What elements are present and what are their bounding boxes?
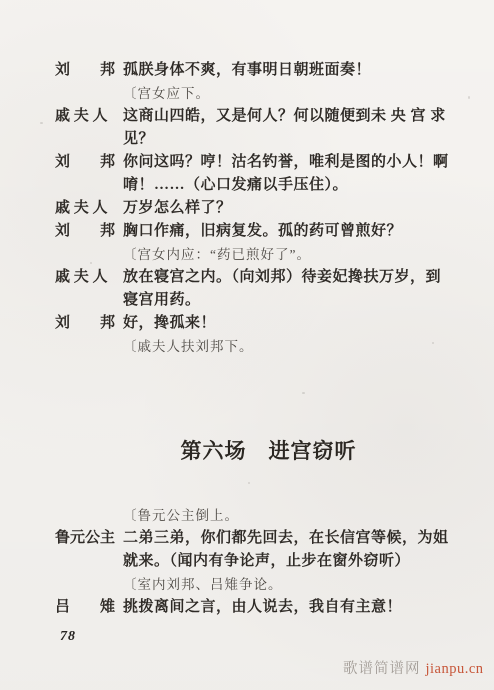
script-line: 戚 夫 人 这商山四皓，又是何人？何以随便到未 央 宫 求 [55, 105, 482, 128]
scene-heading: 第六场 进宫窃听 [55, 436, 482, 466]
speaker-name: 戚 夫 人 [55, 197, 117, 220]
speaker-name: 戚 夫 人 [55, 266, 117, 289]
scan-artifact [248, 482, 250, 484]
watermark: 歌谱简谱网jianpu.cn [343, 657, 484, 678]
speaker-name: 吕 雉 [55, 596, 117, 619]
speaker-name [55, 289, 117, 312]
stage-direction: 〔戚夫人扶刘邦下。 [123, 335, 254, 358]
speaker-name: 鲁元公主 [55, 527, 117, 550]
speaker-name [55, 335, 117, 358]
script-line: 鲁元公主 二弟三弟，你们都先回去，在长信宫等候，为姐 [55, 527, 482, 550]
script-line: 〔戚夫人扶刘邦下。 [55, 335, 482, 358]
stage-direction: 〔室内刘邦、吕雉争论。 [123, 573, 283, 596]
scan-artifact [40, 122, 43, 124]
dialogue-text: 寝宫用药。 [123, 289, 201, 312]
speaker-name [55, 573, 117, 596]
dialogue-text: 好，搀孤来！ [123, 312, 216, 335]
script-line: 〔宫女应下。 [55, 82, 482, 105]
dialogue-text: 万岁怎么样了？ [123, 197, 232, 220]
script-line: 刘 邦 孤朕身体不爽，有事明日朝班面奏！ [55, 59, 482, 82]
scan-artifact [302, 392, 305, 394]
stage-direction: 〔宫女应下。 [123, 82, 210, 105]
script-line: 刘 邦 胸口作痛，旧病复发。孤的药可曾煎好？ [55, 220, 482, 243]
watermark-domain: jianpu.cn [426, 661, 484, 677]
script-line: 刘 邦 好，搀孤来！ [55, 312, 482, 335]
dialogue-text: 就来。（闻内有争论声，止步在窗外窃听） [123, 550, 410, 573]
script-line: 刘 邦 你问这吗？哼！沽名钓誉，唯利是图的小人！啊 [55, 151, 482, 174]
speaker-name [55, 128, 117, 151]
script-line: 唷！……（心口发痛以手压住）。 [55, 174, 482, 197]
script-line: 戚 夫 人 万岁怎么样了？ [55, 197, 482, 220]
speaker-name: 戚 夫 人 [55, 105, 117, 128]
scan-artifact [90, 262, 92, 264]
speaker-name: 刘 邦 [55, 220, 117, 243]
speaker-name [55, 243, 117, 266]
script-line: 〔宫女内应：“药已煎好了”。 [55, 243, 482, 266]
script-line: 〔室内刘邦、吕雉争论。 [55, 573, 482, 596]
script-text-block: 刘 邦 孤朕身体不爽，有事明日朝班面奏！ 〔宫女应下。 戚 夫 人 这商山四皓，… [0, 0, 494, 619]
script-line: 就来。（闻内有争论声，止步在窗外窃听） [55, 550, 482, 573]
scene-six-block: 〔鲁元公主倒上。 鲁元公主 二弟三弟，你们都先回去，在长信宫等候，为姐 就来。（… [55, 504, 482, 619]
dialogue-text: 挑拨离间之言，由人说去，我自有主意！ [123, 596, 402, 619]
dialogue-text: 这商山四皓，又是何人？何以随便到未 央 宫 求 [123, 105, 446, 128]
speaker-name [55, 550, 117, 573]
scan-artifact [432, 342, 434, 344]
speaker-name [55, 174, 117, 197]
speaker-name [55, 82, 117, 105]
scanned-script-page: 刘 邦 孤朕身体不爽，有事明日朝班面奏！ 〔宫女应下。 戚 夫 人 这商山四皓，… [0, 0, 494, 690]
script-line: 见？ [55, 128, 482, 151]
speaker-name: 刘 邦 [55, 151, 117, 174]
dialogue-text: 孤朕身体不爽，有事明日朝班面奏！ [123, 59, 371, 82]
script-line: 寝宫用药。 [55, 289, 482, 312]
scan-artifact [468, 96, 470, 99]
dialogue-text: 胸口作痛，旧病复发。孤的药可曾煎好？ [123, 220, 402, 243]
script-line: 戚 夫 人 放在寝宫之内。（向刘邦）待妾妃搀扶万岁，到 [55, 266, 482, 289]
stage-direction: 〔宫女内应：“药已煎好了”。 [123, 243, 311, 266]
dialogue-text: 放在寝宫之内。（向刘邦）待妾妃搀扶万岁，到 [123, 266, 441, 289]
page-number: 78 [60, 629, 76, 645]
dialogue-text: 见？ [123, 128, 154, 151]
watermark-site-name: 歌谱简谱网 [343, 661, 421, 677]
stage-direction: 〔鲁元公主倒上。 [123, 504, 239, 527]
dialogue-text: 你问这吗？哼！沽名钓誉，唯利是图的小人！啊 [123, 151, 449, 174]
dialogue-text: 唷！……（心口发痛以手压住）。 [123, 174, 348, 197]
dialogue-text: 二弟三弟，你们都先回去，在长信宫等候，为姐 [123, 527, 449, 550]
speaker-name: 刘 邦 [55, 59, 117, 82]
script-line: 吕 雉 挑拨离间之言，由人说去，我自有主意！ [55, 596, 482, 619]
speaker-name [55, 504, 117, 527]
script-line: 〔鲁元公主倒上。 [55, 504, 482, 527]
speaker-name: 刘 邦 [55, 312, 117, 335]
